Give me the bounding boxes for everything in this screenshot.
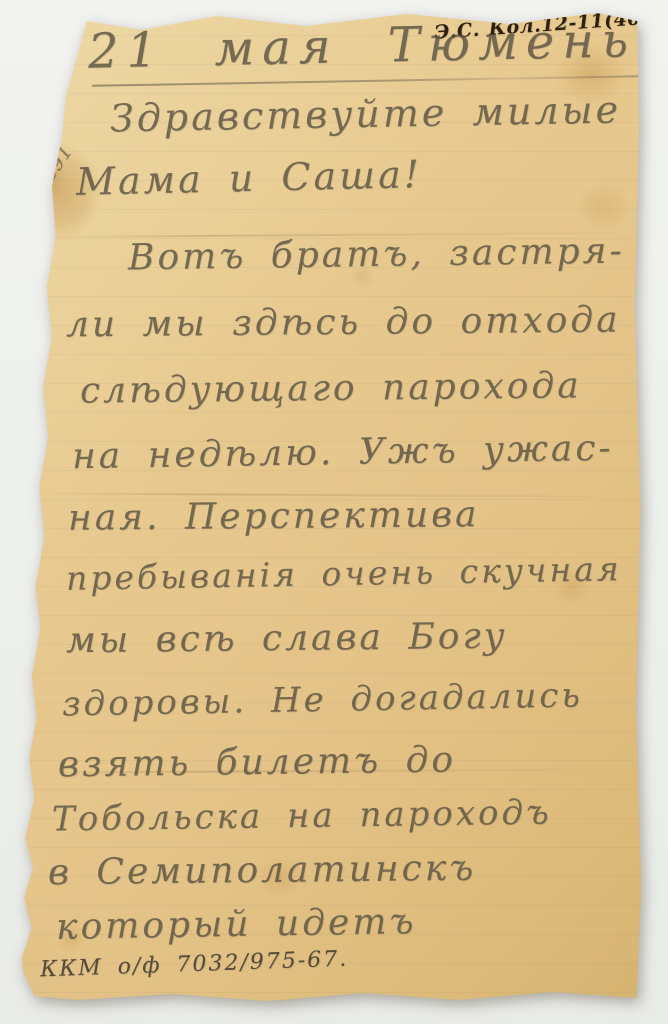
body-line: ная. Перспектива <box>68 494 480 539</box>
body-line: ли мы здѣсь до отхода <box>66 300 621 346</box>
paper-surface: Э.С. Кол.12-11(40). 21 мая Тюмень 1891 З… <box>14 6 648 1008</box>
greeting-line: Мама и Саша! <box>76 152 423 204</box>
body-line: в Семиполатинскъ <box>48 848 477 893</box>
body-line: Тобольска на пароходъ <box>52 793 552 840</box>
year-margin-note: 1891 <box>30 141 78 197</box>
body-line: пребыванія очень скучная <box>66 549 622 598</box>
inventory-number: ККМ о/ф 7032/975-67. <box>40 947 349 983</box>
greeting-line: Здравствуйте милые <box>110 88 622 141</box>
letter-paper: Э.С. Кол.12-11(40). 21 мая Тюмень 1891 З… <box>0 0 668 1024</box>
body-line: здоровы. Не догадались <box>62 675 583 724</box>
body-line: Вотъ братъ, застря- <box>128 231 625 279</box>
date-line: 21 мая Тюмень <box>87 12 636 79</box>
body-line: взять билетъ до <box>58 740 457 786</box>
body-line: мы всѣ слава Богу <box>66 616 508 662</box>
body-line: на недѣлю. Ужъ ужас- <box>72 428 614 478</box>
body-line: который идетъ <box>56 901 417 948</box>
scan-background: Э.С. Кол.12-11(40). 21 мая Тюмень 1891 З… <box>0 0 668 1024</box>
body-line: слѣдующаго парохода <box>80 365 582 411</box>
